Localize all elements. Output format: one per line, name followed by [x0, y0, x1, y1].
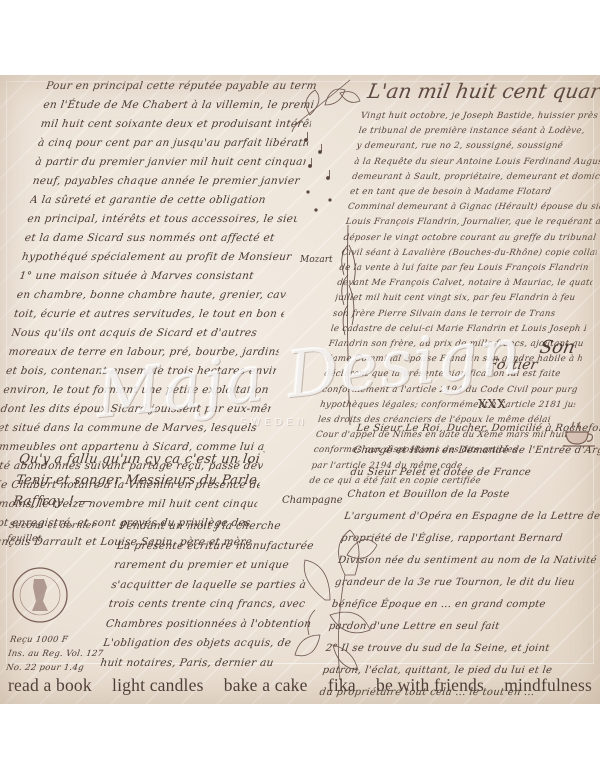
handwriting-line: de la vente à lui faite par feu Louis Fr…: [338, 261, 595, 276]
handwriting-line: Nous qu'ils ont acquis de Sicard et d'au…: [10, 324, 283, 343]
footer-word-read-a-book: read a book: [8, 675, 92, 696]
watermark-subtitle: SWEDEN: [240, 417, 308, 428]
teacup-icon: [562, 420, 596, 450]
handwriting-line: juillet mil huit cent vingt six, par feu…: [334, 291, 591, 306]
signature-son: Son: [538, 337, 577, 358]
handwriting-line: mil huit cent soixante deux et produisan…: [39, 115, 312, 134]
handwriting-line: demeurant à Sault, propriétaire, demeura…: [351, 170, 600, 185]
handwriting-line: Louis François Flandrin, Journalier, que…: [345, 215, 600, 230]
flower-sketch-icon: [285, 515, 395, 685]
handwriting-line: feuillet: [6, 533, 95, 546]
handwriting-line: y demeurant, rue no 2, soussigné, soussi…: [355, 139, 600, 154]
handwriting-line: à cinq pour cent par an jusqu'au parfait…: [37, 134, 310, 153]
scrapbook-paper: Pour en principal cette réputée payable …: [0, 75, 600, 704]
leaf-sketch-icon: [290, 75, 380, 135]
handwriting-line: Chaton et Bouillon de la Poste: [346, 484, 600, 506]
champagne-label: Champagne: [282, 495, 343, 506]
handwriting-line: en l'Étude de Me Chabert à la villemin, …: [42, 96, 315, 115]
handwriting-line: Pour en principal cette réputée payable …: [45, 77, 318, 96]
handwriting-line: devant Me François Calvet, notaire à Mau…: [336, 276, 593, 291]
handwriting-line: Raffray ! —: [12, 491, 255, 512]
handwriting-line: Tenir et songer Messieurs du Parlement !: [15, 470, 258, 491]
handwriting-line: Qu'y a fallu qu'un cy ça c'est un loi à …: [17, 449, 260, 470]
xxx-mark: XXX: [478, 397, 507, 411]
footer-word-light-candles: light candles: [112, 675, 204, 696]
handwriting-line: L'obligation des objets acquis, de: [102, 634, 310, 654]
handwriting-line: Civil séant à Lavalière (Bouches-du-Rhôn…: [340, 246, 597, 261]
seal-stamp-icon: [10, 565, 70, 625]
handwriting-line: à partir du premier janvier mil huit cen…: [34, 153, 307, 172]
handwriting-line: et la dame Sicard sus nommés ont affecté…: [23, 229, 296, 248]
handwriting-line: son frère Pierre Silvain dans le terroir…: [332, 307, 589, 322]
handwriting-line: Ins. au Reg. Vol. 127: [7, 647, 104, 661]
handwriting-line: déposer le vingt octobre courant au gref…: [342, 231, 599, 246]
handwriting-middle-left: Qu'y a fallu qu'un cy ça c'est un loi à …: [12, 449, 261, 512]
footer-word-fika: fika: [328, 675, 356, 696]
footer-word-strip: read a book light candles bake a cake fi…: [0, 666, 600, 704]
handwriting-line: Reçu 1000 F: [9, 633, 106, 647]
handwriting-line: A la sûreté et garantie de cette obligat…: [29, 191, 302, 210]
handwriting-line: et en tant que de besoin à Madame Flotar…: [349, 185, 600, 200]
handwriting-line: Chambres positionnées à l'obtention: [105, 615, 313, 635]
handwriting-heading: L'an mil huit cent quarante: [366, 79, 600, 103]
handwriting-line: en chambre, bonne chambre haute, grenier…: [15, 286, 288, 305]
handwriting-line: à la Requête du sieur Antoine Louis Ferd…: [353, 155, 600, 170]
handwriting-line: le tribunal de première instance séant à…: [357, 124, 600, 139]
footer-word-mindfulness: mindfulness: [504, 675, 592, 696]
footer-word-bake-a-cake: bake a cake: [224, 675, 308, 696]
handwriting-line: 1° une maison située à Marves consistant: [18, 267, 291, 286]
music-notes-icon: [300, 130, 340, 220]
footer-word-be-with-friends: be with friends: [376, 675, 484, 696]
handwriting-line: hypothéqué spécialement au profit de Mon…: [21, 248, 294, 267]
handwriting-line: toit, écurie et autres servitudes, le to…: [13, 305, 286, 324]
handwriting-line: Comminal demeurant à Gignac (Hérault) ép…: [347, 200, 600, 215]
handwriting-line: du Sieur Pelet et dotée de France: [349, 462, 600, 484]
handwriting-second-leaf-note: Second et dernierfeuillet: [6, 520, 97, 546]
handwriting-line: Second et dernier: [8, 520, 97, 533]
handwriting-line: Vingt huit octobre, je Joseph Bastide, h…: [360, 109, 600, 124]
handwriting-line: neuf, payables chaque année le premier j…: [31, 172, 304, 191]
handwriting-line: en principal, intérêts et tous accessoir…: [26, 210, 299, 229]
